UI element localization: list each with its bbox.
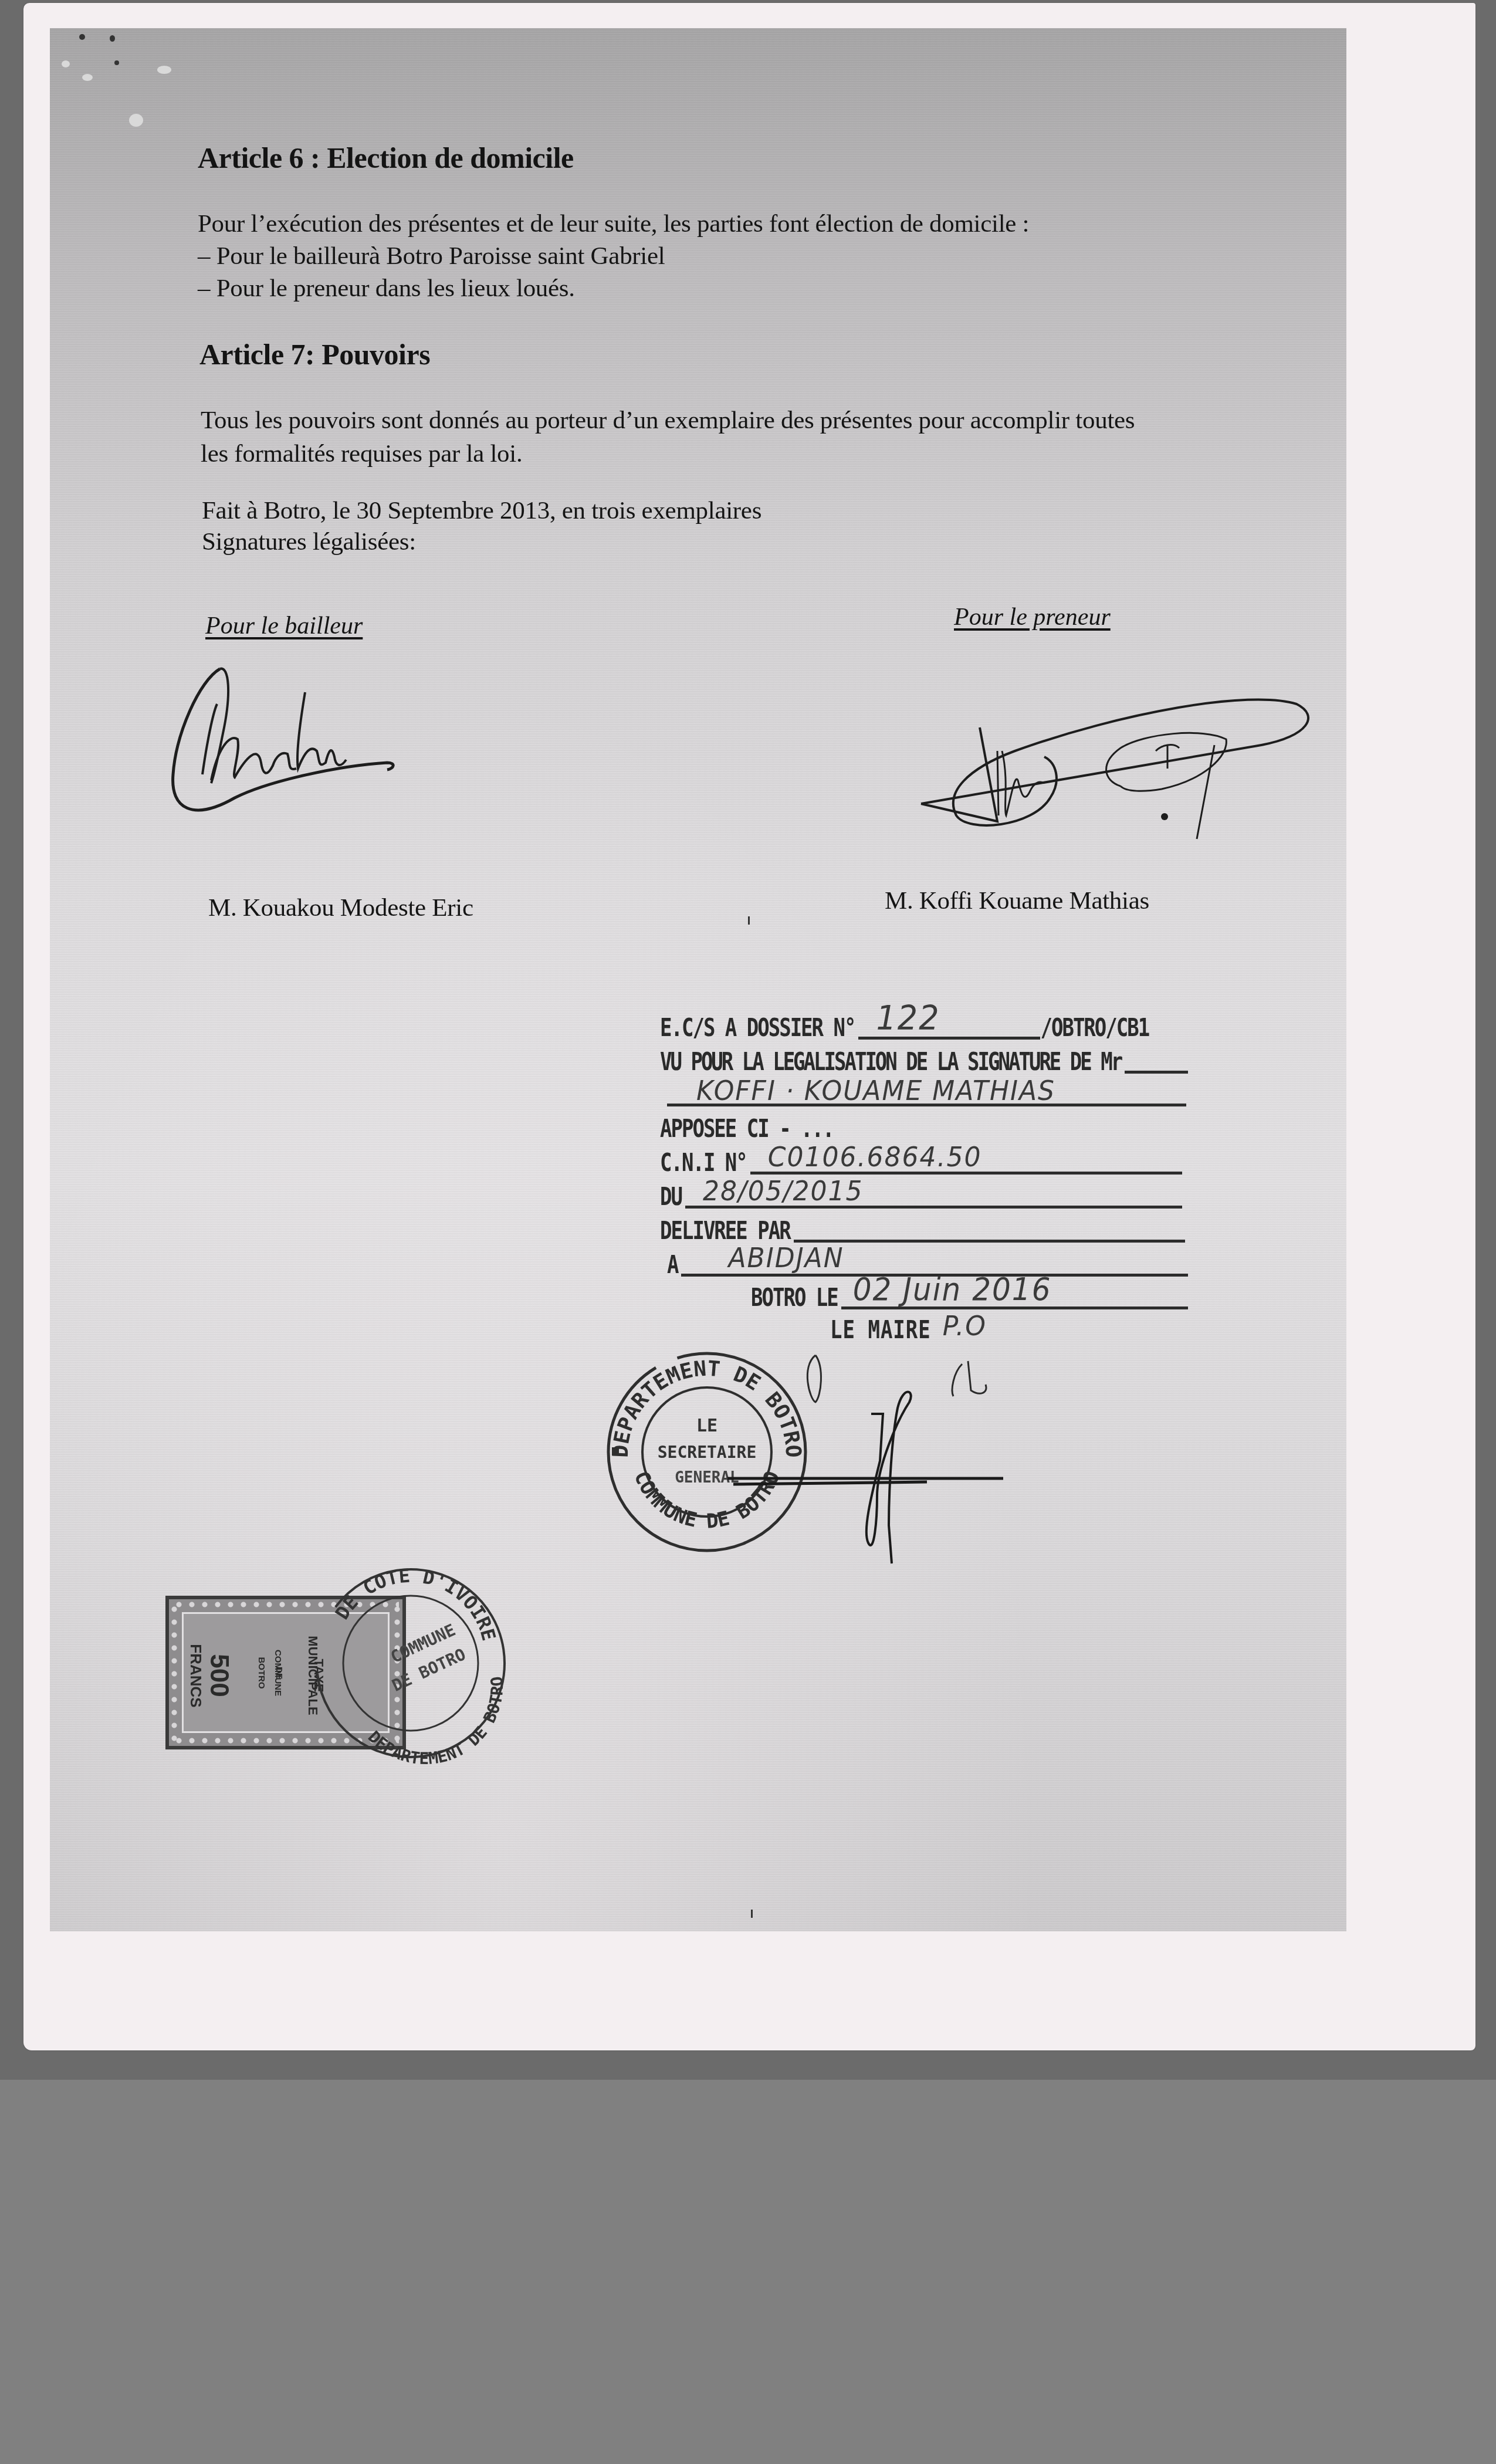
place-and-date: Fait à Botro, le 30 Septembre 2013, en t… [202, 495, 761, 527]
stamp-dossier-value: 122 [876, 999, 940, 1038]
article-6-item-lessee: – Pour le preneur dans les lieux loués. [198, 272, 575, 304]
lessor-name: M. Kouakou Modeste Eric [208, 892, 473, 924]
svg-text:DEPARTEMENT DE BOTRO: DEPARTEMENT DE BOTRO [364, 1676, 507, 1766]
lessee-name: M. Koffi Kouame Mathias [885, 885, 1149, 917]
article-7-body-line-2: les formalités requises par la loi. [201, 438, 522, 470]
stamp-line-delivree: DELIVREE PAR [660, 1207, 1185, 1245]
article-6-heading: Article 6 : Election de domicile [198, 141, 574, 175]
commune-cancel-seal: DE COTE D'IVOIRE DEPARTEMENT DE BOTRO CO… [308, 1561, 513, 1766]
legalization-stamp: E.C/S A DOSSIER N° 122 /OBTRO/CB1 VU POU… [660, 1012, 1188, 1341]
article-6-item-lessor: – Pour le bailleurà Botro Paroisse saint… [198, 240, 665, 272]
lessee-label: Pour le preneur [954, 603, 1111, 631]
mayor-signature [722, 1343, 1015, 1566]
svg-text:DE COTE D'IVOIRE: DE COTE D'IVOIRE [331, 1565, 500, 1643]
stamp-line-mayor: LE MAIRE P.O [830, 1307, 987, 1345]
signatures-note: Signatures légalisées: [202, 526, 416, 558]
stamp-botro-date-value: 02 Juin 2016 [853, 1271, 1052, 1308]
lessee-signature [898, 692, 1320, 845]
cancel-seal-bottom-text: DEPARTEMENT DE BOTRO [364, 1676, 507, 1766]
article-7-heading: Article 7: Pouvoirs [199, 337, 430, 371]
lessor-label: Pour le bailleur [205, 612, 363, 640]
article-7-body-line-1: Tous les pouvoirs sont donnés au porteur… [201, 404, 1135, 436]
stamp-amount: 500 [204, 1634, 233, 1717]
seal-center-line-1: LE [696, 1416, 717, 1436]
stamp-place-prefix: A [667, 1250, 678, 1280]
scan-speck [110, 35, 115, 42]
article-6-intro: Pour l’exécution des présentes et de leu… [198, 208, 1029, 240]
scan-speck [129, 114, 143, 127]
stamp-cni-value: C0106.6864.50 [768, 1142, 982, 1173]
stamp-botro-label: BOTRO LE [751, 1283, 838, 1312]
stamp-du-value: 28/05/2015 [703, 1176, 864, 1207]
stamp-place-value: ABIDJAN [728, 1242, 844, 1274]
stamp-line-dossier: E.C/S A DOSSIER N° 122 /OBTRO/CB1 [660, 1004, 1182, 1043]
stamp-line-du: DU 28/05/2015 [660, 1173, 1182, 1211]
lessor-signature [164, 657, 446, 833]
stamp-mayor-note: P.O [943, 1310, 987, 1342]
stamp-perforation-left [171, 1603, 178, 1742]
stamp-name-value: KOFFI · KOUAME MATHIAS [696, 1075, 1055, 1106]
stamp-line-cni: C.N.I N° C0106.6864.50 [660, 1139, 1182, 1177]
scan-speck [114, 60, 119, 65]
stamp-currency: FRANCS [187, 1629, 205, 1723]
stamp-commune-line-3: BOTRO [256, 1644, 266, 1703]
scan-mark [751, 1910, 753, 1918]
stamp-line-apposee: APPOSEE CI - ... [660, 1105, 834, 1143]
scan-mark [748, 916, 750, 925]
scan-speck [79, 34, 85, 40]
stamp-commune-line-2: DE [274, 1644, 284, 1703]
cancel-seal-top-text: DE COTE D'IVOIRE [331, 1565, 500, 1643]
stamp-mayor-label: LE MAIRE [830, 1315, 931, 1345]
scan-speck [157, 66, 171, 74]
scan-speck [82, 74, 93, 81]
scan-speck [62, 60, 70, 67]
stamp-line-name: KOFFI · KOUAME MATHIAS [667, 1071, 1186, 1109]
